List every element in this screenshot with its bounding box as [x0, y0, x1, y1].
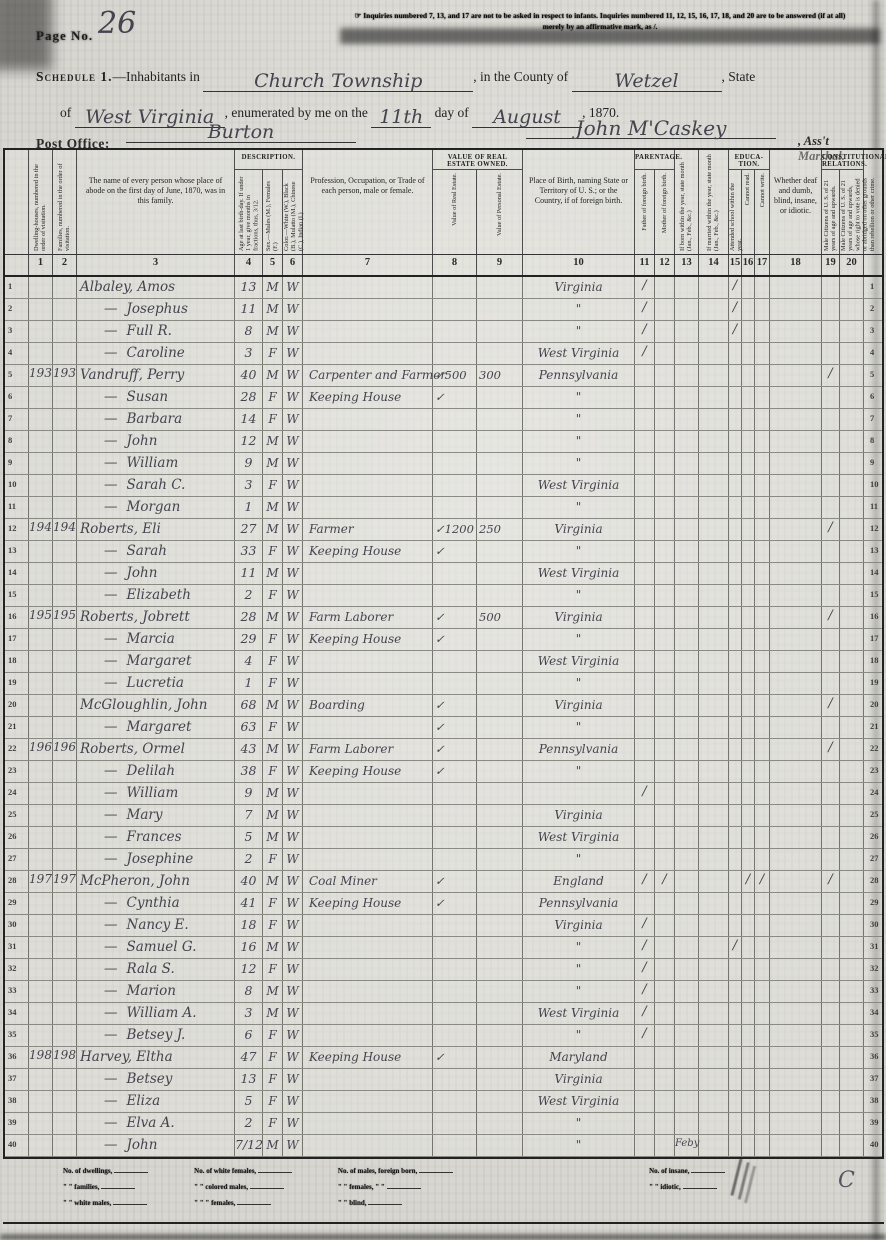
person-name: McGloughlin, John: [77, 695, 235, 716]
married-month-mark: [699, 651, 729, 672]
male-citizen-mark: [822, 629, 840, 650]
person-name: —Josephus: [77, 299, 235, 320]
family-number: [53, 1025, 77, 1046]
dwelling-number: [29, 343, 53, 364]
vote-denied-mark: [840, 783, 864, 804]
dwelling-number: [29, 475, 53, 496]
dwelling-number: [29, 277, 53, 298]
male-citizen-mark: [822, 409, 840, 430]
age-value: 4: [235, 651, 263, 672]
father-foreign-mark: [635, 497, 655, 518]
person-name: Roberts, Jobrett: [77, 607, 235, 628]
deaf-dumb-mark: [770, 805, 822, 826]
color-value: W: [283, 387, 303, 408]
row-number-left: 32: [5, 959, 29, 980]
sex-value: M: [263, 805, 283, 826]
sex-value: M: [263, 365, 283, 386]
born-month-mark: [675, 1025, 699, 1046]
cannot-write-mark: [755, 431, 770, 452]
cannot-read-mark: /: [742, 871, 755, 892]
birthplace-value: Virginia: [523, 915, 635, 936]
dwelling-number: [29, 629, 53, 650]
occupation-value: [303, 673, 433, 694]
sex-value: F: [263, 761, 283, 782]
family-number: 194: [53, 519, 77, 540]
family-number: [53, 585, 77, 606]
sex-value: M: [263, 981, 283, 1002]
attended-school-mark: [729, 1047, 742, 1068]
born-month-mark: [675, 497, 699, 518]
deaf-dumb-mark: [770, 1003, 822, 1024]
table-row: 23 —Delilah 38 F W Keeping House ✓ " 23: [5, 761, 882, 783]
cannot-read-mark: [742, 915, 755, 936]
color-value: W: [283, 497, 303, 518]
cannot-read-mark: [742, 1069, 755, 1090]
real-estate-value: ✓: [433, 717, 477, 738]
real-estate-value: ✓: [433, 695, 477, 716]
cannot-write-mark: [755, 937, 770, 958]
cannot-read-mark: [742, 497, 755, 518]
row-number-left: 13: [5, 541, 29, 562]
birthplace-value: Pennsylvania: [523, 365, 635, 386]
cannot-write-mark: [755, 365, 770, 386]
personal-estate-value: [477, 959, 523, 980]
father-foreign-mark: [635, 739, 655, 760]
deaf-dumb-mark: [770, 783, 822, 804]
occupation-value: [303, 937, 433, 958]
mother-foreign-mark: [655, 915, 675, 936]
occupation-value: Farm Laborer: [303, 739, 433, 760]
father-foreign-mark: [635, 1091, 655, 1112]
row-number-left: 16: [5, 607, 29, 628]
footer-tallies: No. of dwellings, " " families, " " whit…: [3, 1158, 884, 1224]
male-citizen-mark: [822, 299, 840, 320]
deaf-dumb-mark: [770, 673, 822, 694]
birthplace-value: ": [523, 1025, 635, 1046]
real-estate-value: [433, 563, 477, 584]
family-number: [53, 563, 77, 584]
mother-foreign-mark: [655, 783, 675, 804]
sex-value: F: [263, 475, 283, 496]
occupation-value: Keeping House: [303, 387, 433, 408]
row-number-left: 34: [5, 1003, 29, 1024]
vote-denied-mark: [840, 959, 864, 980]
mother-foreign-mark: [655, 1091, 675, 1112]
census-table: Dwelling-houses, numbered in the order o…: [3, 148, 884, 1159]
born-month-mark: [675, 893, 699, 914]
age-value: 12: [235, 431, 263, 452]
color-value: W: [283, 1069, 303, 1090]
married-month-mark: [699, 585, 729, 606]
sex-value: F: [263, 387, 283, 408]
male-citizen-mark: [822, 937, 840, 958]
dwelling-number: [29, 1025, 53, 1046]
dwelling-number: 193: [29, 365, 53, 386]
person-name: —Full R.: [77, 321, 235, 342]
occupation-value: Keeping House: [303, 629, 433, 650]
occupation-value: Farm Laborer: [303, 607, 433, 628]
mother-foreign-mark: [655, 673, 675, 694]
deaf-dumb-mark: [770, 277, 822, 298]
birthplace-value: ": [523, 299, 635, 320]
born-month-mark: [675, 365, 699, 386]
schedule-line-1: Schedule 1.—Inhabitants in Church Townsh…: [36, 62, 866, 92]
person-name: Roberts, Ormel: [77, 739, 235, 760]
occupation-value: [303, 563, 433, 584]
real-estate-value: [433, 673, 477, 694]
birthplace-value: West Virginia: [523, 563, 635, 584]
row-number-right: 14: [864, 563, 886, 584]
father-foreign-mark: /: [635, 915, 655, 936]
col-head-deaf-dumb: Whether deaf and dumb, blind, insane, or…: [770, 150, 822, 254]
birthplace-value: ": [523, 849, 635, 870]
mother-foreign-mark: /: [655, 871, 675, 892]
sex-value: M: [263, 277, 283, 298]
cannot-read-mark: [742, 277, 755, 298]
cannot-write-mark: [755, 475, 770, 496]
married-month-mark: [699, 827, 729, 848]
married-month-mark: [699, 343, 729, 364]
deaf-dumb-mark: [770, 1069, 822, 1090]
age-value: 3: [235, 1003, 263, 1024]
real-estate-value: ✓500: [433, 365, 477, 386]
deaf-dumb-mark: [770, 893, 822, 914]
age-value: 16: [235, 937, 263, 958]
dwelling-number: [29, 563, 53, 584]
mother-foreign-mark: [655, 497, 675, 518]
dwelling-number: [29, 673, 53, 694]
male-citizen-mark: /: [822, 739, 840, 760]
father-foreign-mark: [635, 453, 655, 474]
age-value: 13: [235, 1069, 263, 1090]
row-number-left: 36: [5, 1047, 29, 1068]
attended-school-mark: /: [729, 277, 742, 298]
col-head-born-month: If born within the year, state month (Ja…: [675, 150, 699, 254]
age-value: 9: [235, 783, 263, 804]
married-month-mark: [699, 629, 729, 650]
real-estate-value: [433, 783, 477, 804]
sex-value: F: [263, 673, 283, 694]
row-number-right: 27: [864, 849, 886, 870]
real-estate-value: ✓: [433, 871, 477, 892]
age-value: 6: [235, 1025, 263, 1046]
personal-estate-value: [477, 1047, 523, 1068]
person-name: —Delilah: [77, 761, 235, 782]
cannot-write-mark: [755, 805, 770, 826]
person-name: —Sarah C.: [77, 475, 235, 496]
row-number-right: 5: [864, 365, 886, 386]
father-foreign-mark: [635, 1069, 655, 1090]
personal-estate-value: [477, 805, 523, 826]
table-row: 4 —Caroline 3 F W West Virginia / 4: [5, 343, 882, 365]
born-month-mark: [675, 783, 699, 804]
table-row: 37 —Betsey 13 F W Virginia 37: [5, 1069, 882, 1091]
person-name: —Betsey J.: [77, 1025, 235, 1046]
cannot-write-mark: [755, 651, 770, 672]
father-foreign-mark: [635, 849, 655, 870]
color-value: W: [283, 871, 303, 892]
cannot-write-mark: [755, 409, 770, 430]
married-month-mark: [699, 739, 729, 760]
mother-foreign-mark: [655, 541, 675, 562]
vote-denied-mark: [840, 607, 864, 628]
attended-school-mark: [729, 871, 742, 892]
real-estate-value: [433, 1025, 477, 1046]
table-row: 1 Albaley, Amos 13 M W Virginia / / 1: [5, 277, 882, 299]
cannot-write-mark: [755, 1025, 770, 1046]
row-number-right: 12: [864, 519, 886, 540]
occupation-value: [303, 343, 433, 364]
real-estate-value: [433, 1003, 477, 1024]
attended-school-mark: [729, 981, 742, 1002]
married-month-mark: [699, 409, 729, 430]
row-number-left: 5: [5, 365, 29, 386]
cannot-read-mark: [742, 695, 755, 716]
mother-foreign-mark: [655, 387, 675, 408]
cannot-write-mark: [755, 299, 770, 320]
cannot-write-mark: [755, 739, 770, 760]
real-estate-value: [433, 805, 477, 826]
sex-value: F: [263, 915, 283, 936]
family-number: [53, 915, 77, 936]
sex-value: F: [263, 1025, 283, 1046]
page-no-label: Page No.: [36, 28, 93, 44]
male-citizen-mark: /: [822, 365, 840, 386]
attended-school-mark: [729, 541, 742, 562]
vote-denied-mark: [840, 827, 864, 848]
column-numbers-row: 1 2 3 4 5 6 7 8 9 10 11 12 13 14 15 16 1…: [5, 254, 882, 277]
family-number: [53, 431, 77, 452]
color-value: W: [283, 959, 303, 980]
row-number-right: 6: [864, 387, 886, 408]
deaf-dumb-mark: [770, 1025, 822, 1046]
father-foreign-mark: /: [635, 1003, 655, 1024]
person-name: —Eliza: [77, 1091, 235, 1112]
sex-value: F: [263, 1047, 283, 1068]
real-estate-value: [433, 1135, 477, 1156]
married-month-mark: [699, 959, 729, 980]
personal-estate-value: [477, 783, 523, 804]
row-number-left: 8: [5, 431, 29, 452]
cannot-read-mark: [742, 959, 755, 980]
father-foreign-mark: /: [635, 277, 655, 298]
born-month-mark: [675, 915, 699, 936]
family-number: [53, 1135, 77, 1156]
mother-foreign-mark: [655, 1003, 675, 1024]
table-row: 36 198 198 Harvey, Eltha 47 F W Keeping …: [5, 1047, 882, 1069]
sex-value: M: [263, 607, 283, 628]
row-number-left: 27: [5, 849, 29, 870]
birthplace-value: West Virginia: [523, 1091, 635, 1112]
person-name: —Elva A.: [77, 1113, 235, 1134]
color-value: W: [283, 409, 303, 430]
personal-estate-value: [477, 453, 523, 474]
birthplace-value: West Virginia: [523, 651, 635, 672]
row-number-left: 9: [5, 453, 29, 474]
person-name: —Nancy E.: [77, 915, 235, 936]
row-number-right: 20: [864, 695, 886, 716]
birthplace-value: Pennsylvania: [523, 893, 635, 914]
married-month-mark: [699, 673, 729, 694]
mother-foreign-mark: [655, 299, 675, 320]
person-name: —Marion: [77, 981, 235, 1002]
real-estate-value: [433, 343, 477, 364]
born-month-mark: [675, 321, 699, 342]
row-number-right: 3: [864, 321, 886, 342]
table-row: 34 —William A. 3 M W West Virginia / 34: [5, 1003, 882, 1025]
county-fill: Wetzel: [572, 71, 722, 92]
father-foreign-mark: [635, 827, 655, 848]
mother-foreign-mark: [655, 739, 675, 760]
personal-estate-value: [477, 651, 523, 672]
row-number-right: 9: [864, 453, 886, 474]
row-number-right: 13: [864, 541, 886, 562]
occupation-value: Farmer: [303, 519, 433, 540]
dwelling-number: [29, 981, 53, 1002]
dwelling-number: [29, 959, 53, 980]
sex-value: M: [263, 871, 283, 892]
cannot-read-mark: [742, 585, 755, 606]
real-estate-value: [433, 849, 477, 870]
table-row: 18 —Margaret 4 F W West Virginia 18: [5, 651, 882, 673]
male-citizen-mark: [822, 717, 840, 738]
person-name: —William A.: [77, 1003, 235, 1024]
married-month-mark: [699, 497, 729, 518]
mother-foreign-mark: [655, 1047, 675, 1068]
cannot-write-mark: [755, 827, 770, 848]
dwelling-number: [29, 805, 53, 826]
deaf-dumb-mark: [770, 365, 822, 386]
color-value: W: [283, 585, 303, 606]
color-value: W: [283, 343, 303, 364]
table-row: 7 —Barbara 14 F W " 7: [5, 409, 882, 431]
row-number-right: 8: [864, 431, 886, 452]
table-row: 14 —John 11 M W West Virginia 14: [5, 563, 882, 585]
cannot-read-mark: [742, 1113, 755, 1134]
sex-value: M: [263, 937, 283, 958]
sex-value: M: [263, 695, 283, 716]
deaf-dumb-mark: [770, 871, 822, 892]
cannot-write-mark: [755, 585, 770, 606]
person-name: —Frances: [77, 827, 235, 848]
cannot-read-mark: [742, 761, 755, 782]
deaf-dumb-mark: [770, 849, 822, 870]
married-month-mark: [699, 387, 729, 408]
table-row: 24 —William 9 M W / 24: [5, 783, 882, 805]
person-name: —Caroline: [77, 343, 235, 364]
sex-value: M: [263, 497, 283, 518]
vote-denied-mark: [840, 321, 864, 342]
male-citizen-mark: [822, 827, 840, 848]
cannot-write-mark: [755, 915, 770, 936]
cannot-write-mark: [755, 981, 770, 1002]
married-month-mark: [699, 915, 729, 936]
cannot-read-mark: [742, 651, 755, 672]
real-estate-value: ✓: [433, 541, 477, 562]
born-month-mark: [675, 1069, 699, 1090]
married-month-mark: [699, 277, 729, 298]
vote-denied-mark: [840, 453, 864, 474]
married-month-mark: [699, 717, 729, 738]
personal-estate-value: [477, 387, 523, 408]
father-foreign-mark: /: [635, 783, 655, 804]
table-row: 11 —Morgan 1 M W " 11: [5, 497, 882, 519]
attended-school-mark: [729, 387, 742, 408]
vote-denied-mark: [840, 629, 864, 650]
cannot-read-mark: [742, 563, 755, 584]
family-number: [53, 761, 77, 782]
birthplace-value: Maryland: [523, 1047, 635, 1068]
male-citizen-mark: [822, 585, 840, 606]
father-foreign-mark: /: [635, 981, 655, 1002]
born-month-mark: [675, 717, 699, 738]
family-number: [53, 629, 77, 650]
table-body: 1 Albaley, Amos 13 M W Virginia / / 1 2 …: [5, 277, 882, 1157]
row-number-left: 28: [5, 871, 29, 892]
sex-value: F: [263, 893, 283, 914]
group-constitutional: Constitutional Relations. Male Citizens …: [822, 150, 864, 254]
sex-value: F: [263, 629, 283, 650]
color-value: W: [283, 651, 303, 672]
table-row: 29 —Cynthia 41 F W Keeping House ✓ Penns…: [5, 893, 882, 915]
col-head-vote-denied: Male Citizens of U. S. of 21 years of ag…: [840, 170, 864, 254]
cannot-read-mark: [742, 475, 755, 496]
sex-value: F: [263, 585, 283, 606]
attended-school-mark: [729, 959, 742, 980]
occupation-value: [303, 1135, 433, 1156]
cannot-read-mark: [742, 629, 755, 650]
vote-denied-mark: [840, 1113, 864, 1134]
family-number: 193: [53, 365, 77, 386]
cannot-read-mark: [742, 849, 755, 870]
birthplace-value: Pennsylvania: [523, 739, 635, 760]
cannot-write-mark: [755, 541, 770, 562]
col-head-real-estate: Value of Real Estate.: [433, 170, 477, 254]
dwelling-number: [29, 1091, 53, 1112]
personal-estate-value: [477, 1069, 523, 1090]
occupation-value: [303, 475, 433, 496]
born-month-mark: [675, 1091, 699, 1112]
married-month-mark: [699, 1047, 729, 1068]
personal-estate-value: [477, 695, 523, 716]
birthplace-value: ": [523, 409, 635, 430]
mother-foreign-mark: [655, 519, 675, 540]
age-value: 13: [235, 277, 263, 298]
dwelling-number: 195: [29, 607, 53, 628]
married-month-mark: [699, 937, 729, 958]
row-number-left: 6: [5, 387, 29, 408]
married-month-mark: [699, 299, 729, 320]
post-office-value: Burton: [126, 122, 356, 143]
vote-denied-mark: [840, 431, 864, 452]
occupation-value: [303, 431, 433, 452]
mother-foreign-mark: [655, 1069, 675, 1090]
married-month-mark: [699, 1135, 729, 1156]
deaf-dumb-mark: [770, 475, 822, 496]
deaf-dumb-mark: [770, 563, 822, 584]
vote-denied-mark: [840, 893, 864, 914]
cannot-read-mark: [742, 409, 755, 430]
male-citizen-mark: [822, 981, 840, 1002]
cannot-read-mark: [742, 827, 755, 848]
color-value: W: [283, 277, 303, 298]
color-value: W: [283, 981, 303, 1002]
married-month-mark: [699, 431, 729, 452]
male-citizen-mark: [822, 321, 840, 342]
born-month-mark: [675, 585, 699, 606]
cannot-read-mark: [742, 387, 755, 408]
dwelling-number: 198: [29, 1047, 53, 1068]
